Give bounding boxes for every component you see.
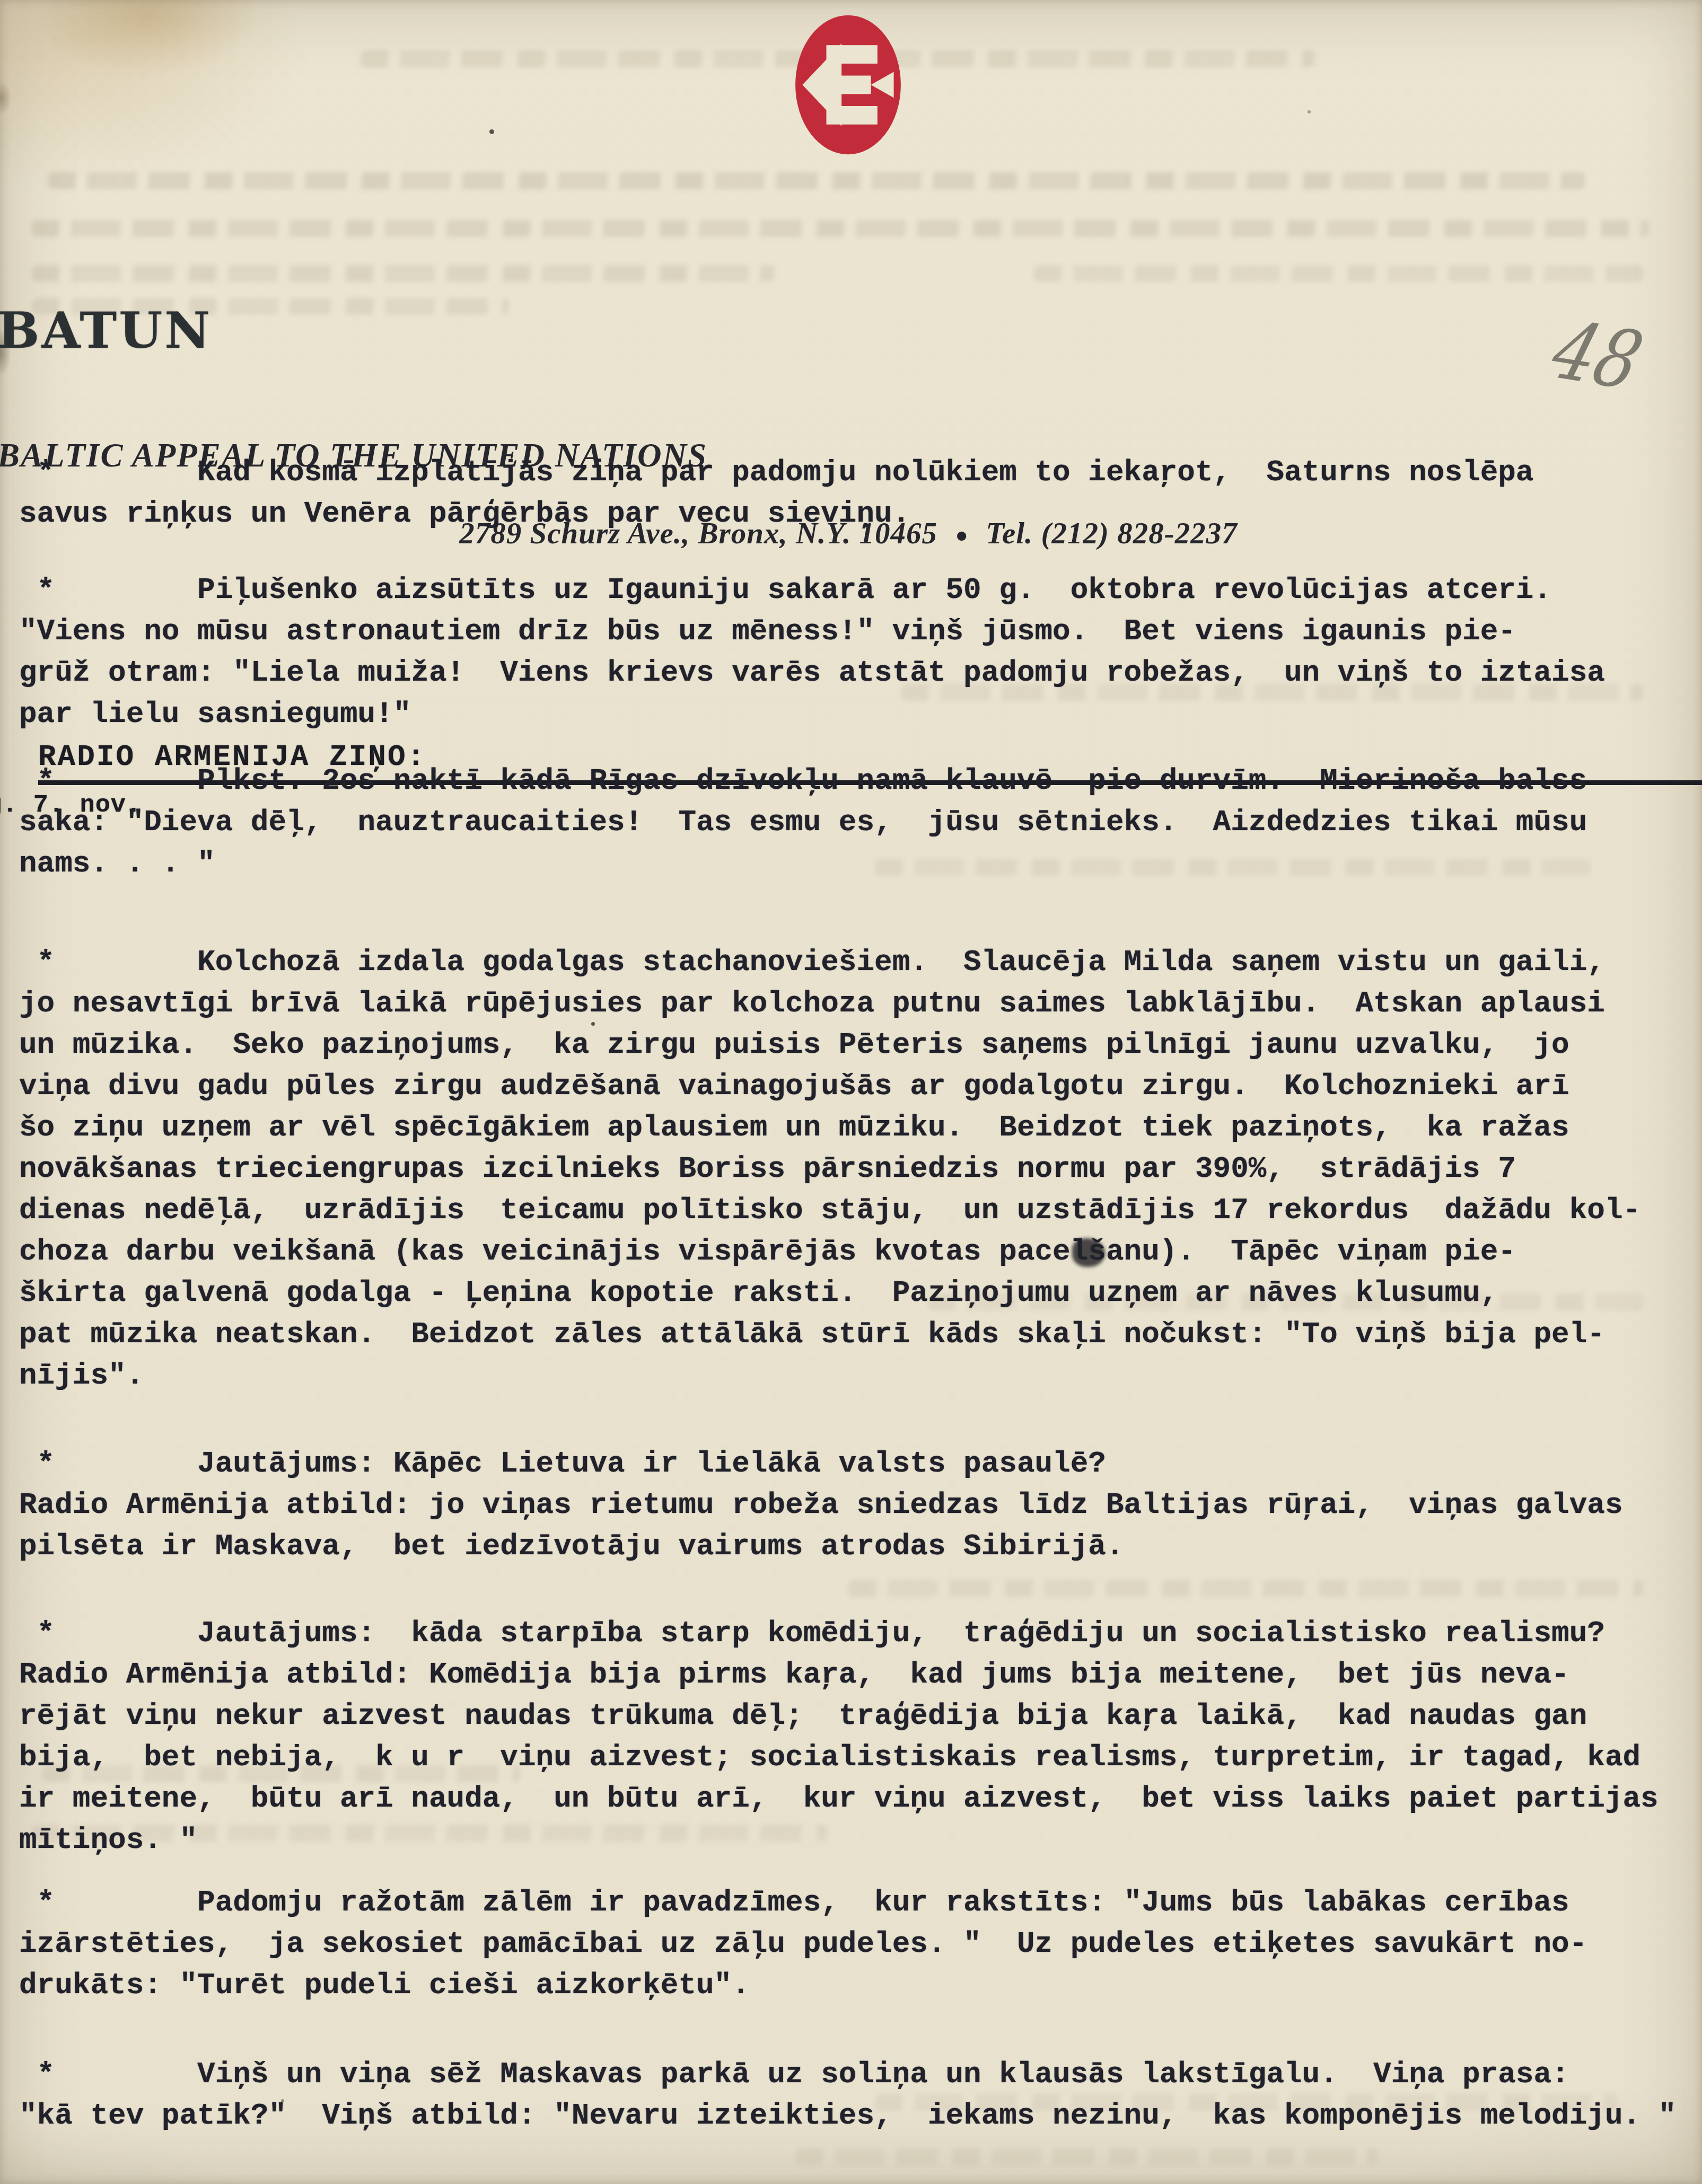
joke-list: * Kad kosmā izplatījās ziņa par padomju … (19, 452, 1686, 2136)
bleed-through-line (1033, 265, 1644, 282)
joke-item-6: * Jautājums: kāda starpība starp komēdij… (19, 1613, 1686, 1861)
joke-item-4: * Kolchozā izdala godalgas stachanovieši… (19, 941, 1686, 1396)
joke-item-5: * Jautājums: Kāpēc Lietuva ir lielākā va… (19, 1443, 1686, 1567)
joke-item-3: * Plkst. 2os naktī kādā Rīgas dzīvokļu n… (19, 760, 1686, 884)
joke-item-2: * Piļušenko aizsūtīts uz Igauniju sakarā… (19, 569, 1686, 735)
bleed-through-line (795, 2148, 1379, 2165)
batun-logo-icon (794, 14, 902, 156)
batun-logo (794, 14, 1702, 158)
paper-stain (0, 74, 16, 122)
batun-acronym: BATUN (0, 302, 1699, 360)
bleed-through-line (31, 265, 775, 282)
bleed-through-line (47, 172, 1586, 189)
joke-item-7: * Padomju ražotām zālēm ir pavadzīmes, k… (19, 1882, 1686, 2006)
joke-item-1: * Kad kosmā izplatījās ziņa par padomju … (19, 452, 1686, 534)
joke-item-8: * Viņš un viņa sēž Maskavas parkā uz sol… (19, 2054, 1686, 2136)
document-page: BATUN BALTIC APPEAL TO THE UNITED NATION… (0, 0, 1702, 2184)
ink-speck (489, 129, 494, 134)
bleed-through-line (31, 220, 1650, 237)
